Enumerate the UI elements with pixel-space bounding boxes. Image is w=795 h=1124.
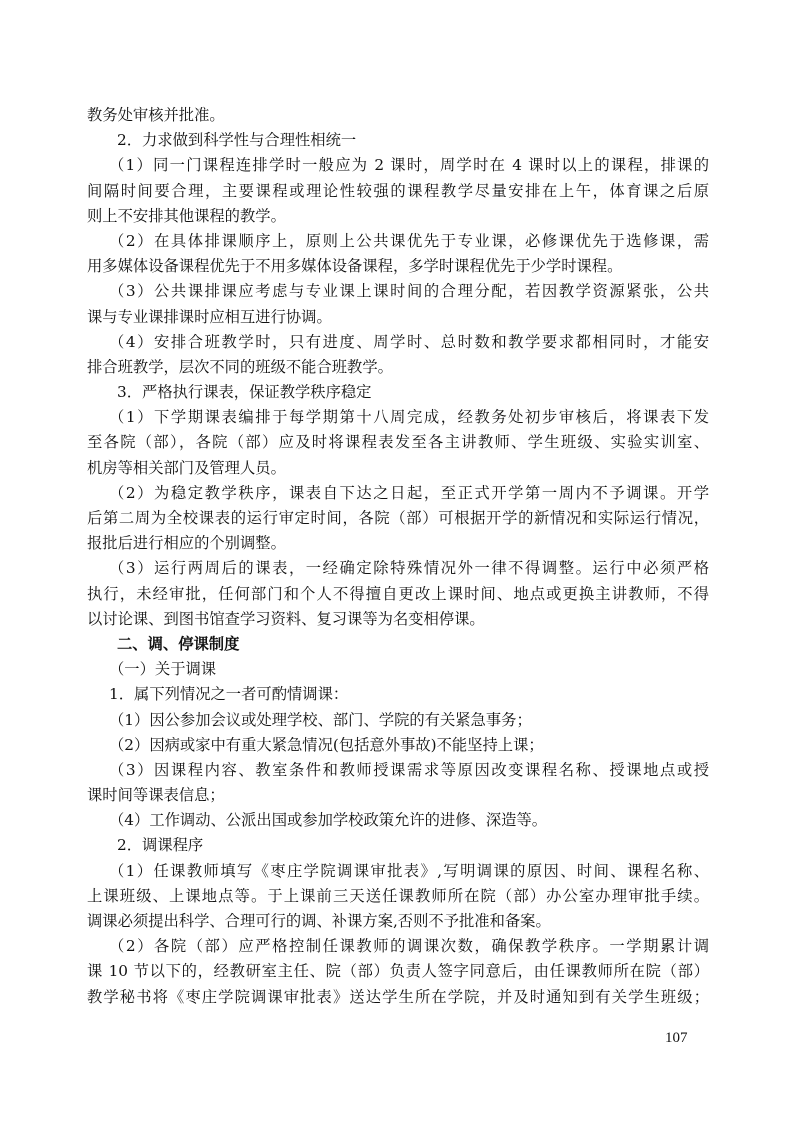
text-line: 机房等相关部门及管理人员。 <box>87 456 709 481</box>
text-line: 排合班教学，层次不同的班级不能合班教学。 <box>87 355 709 380</box>
text-line: 间隔时间要合理，主要课程或理论性较强的课程教学尽量安排在上午，体育课之后原 <box>87 179 709 204</box>
text-line: 上课班级、上课地点等。于上课前三天送任课教师所在院（部）办公室办理审批手续。 <box>87 884 709 909</box>
text-line: （3）因课程内容、教室条件和教师授课需求等原因改变课程名称、授课地点或授 <box>87 758 709 783</box>
text-line: （3）公共课排课应考虑与专业课上课时间的合理分配，若因教学资源紧张，公共 <box>87 279 709 304</box>
text-line: 教学秘书将《枣庄学院调课审批表》送达学生所在学院，并及时通知到有关学生班级； <box>87 985 709 1010</box>
text-line: （3）运行两周后的课表，一经确定除特殊情况外一律不得调整。运行中必须严格 <box>87 556 709 581</box>
text-line: 执行，未经审批，任何部门和个人不得擅自更改上课时间、地点或更换主讲教师，不得 <box>87 582 709 607</box>
text-line: 2．调课程序 <box>87 833 709 858</box>
text-line: 课与专业课排课时应相互进行协调。 <box>87 305 709 330</box>
document-body: 教务处审核并批准。2．力求做到科学性与合理性相统一（1）同一门课程连排学时一般应… <box>87 103 709 1010</box>
text-line: 1．属下列情况之一者可酌情调课： <box>87 682 709 707</box>
text-line: （2）各院（部）应严格控制任课教师的调课次数，确保教学秩序。一学期累计调 <box>87 934 709 959</box>
section-heading: 二、调、停课制度 <box>87 632 709 657</box>
text-line: 用多媒体设备课程优先于不用多媒体设备课程，多学时课程优先于少学时课程。 <box>87 254 709 279</box>
text-line: （4）安排合班教学时，只有进度、周学时、总时数和教学要求都相同时，才能安 <box>87 330 709 355</box>
text-line: （1）因公参加会议或处理学校、部门、学院的有关紧急事务； <box>87 708 709 733</box>
text-line: （1）任课教师填写《枣庄学院调课审批表》,写明调课的原因、时间、课程名称、 <box>87 859 709 884</box>
text-line: （一）关于调课 <box>87 657 709 682</box>
text-line: （2）为稳定教学秩序，课表自下达之日起，至正式开学第一周内不予调课。开学 <box>87 481 709 506</box>
text-line: （4）工作调动、公派出国或参加学校政策允许的进修、深造等。 <box>87 808 709 833</box>
page-number: 107 <box>665 1030 688 1047</box>
text-line: 2．力求做到科学性与合理性相统一 <box>87 128 709 153</box>
text-line: 以讨论课、到图书馆查学习资料、复习课等为名变相停课。 <box>87 607 709 632</box>
text-line: （1）同一门课程连排学时一般应为 2 课时，周学时在 4 课时以上的课程，排课的 <box>87 153 709 178</box>
text-line: 报批后进行相应的个别调整。 <box>87 531 709 556</box>
text-line: 课时间等课表信息； <box>87 783 709 808</box>
text-line: 后第二周为全校课表的运行审定时间，各院（部）可根据开学的新情况和实际运行情况， <box>87 506 709 531</box>
text-line: （1）下学期课表编排于每学期第十八周完成，经教务处初步审核后，将课表下发 <box>87 405 709 430</box>
text-line: （2）因病或家中有重大紧急情况(包括意外事故)不能坚持上课； <box>87 733 709 758</box>
text-line: 3．严格执行课表，保证教学秩序稳定 <box>87 380 709 405</box>
text-line: 至各院（部），各院（部）应及时将课程表发至各主讲教师、学生班级、实验实训室、 <box>87 430 709 455</box>
text-line: 则上不安排其他课程的教学。 <box>87 204 709 229</box>
text-line: 教务处审核并批准。 <box>87 103 709 128</box>
text-line: （2）在具体排课顺序上，原则上公共课优先于专业课，必修课优先于选修课，需 <box>87 229 709 254</box>
text-line: 调课必须提出科学、合理可行的调、补课方案,否则不予批准和备案。 <box>87 909 709 934</box>
text-line: 课 10 节以下的，经教研室主任、院（部）负责人签字同意后，由任课教师所在院（部… <box>87 959 709 984</box>
